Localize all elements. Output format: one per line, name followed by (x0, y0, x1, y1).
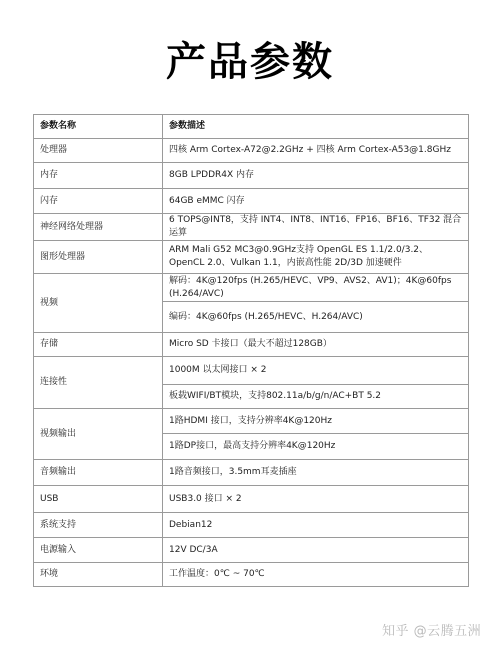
param-name-cell: 神经网络处理器 (34, 214, 163, 241)
watermark: 知乎 @云腾五洲 (382, 620, 481, 639)
table-row: USB USB3.0 接口 × 2 (34, 486, 469, 513)
table-row: 视频输出 1路HDMI 接口，支持分辨率4K@120Hz (34, 409, 469, 434)
param-value-cell: 解码：4K@120fps (H.265/HEVC、VP9、AVS2、AV1)；4… (163, 274, 469, 302)
param-name-cell: 视频输出 (34, 409, 163, 460)
param-value-cell: Micro SD 卡接口（最大不超过128GB） (163, 333, 469, 357)
param-value-cell: Debian12 (163, 513, 469, 538)
param-value-cell: 8GB LPDDR4X 内存 (163, 163, 469, 189)
param-name-cell: 音频输出 (34, 460, 163, 486)
param-value-cell: 1路HDMI 接口，支持分辨率4K@120Hz (163, 409, 469, 434)
param-name-cell: 电源输入 (34, 538, 163, 563)
table-row: 存储 Micro SD 卡接口（最大不超过128GB） (34, 333, 469, 357)
param-name-cell: 闪存 (34, 189, 163, 214)
table-row: 闪存 64GB eMMC 闪存 (34, 189, 469, 214)
table-row: 系统支持 Debian12 (34, 513, 469, 538)
column-header-param-name: 参数名称 (34, 115, 163, 139)
param-name-cell: 系统支持 (34, 513, 163, 538)
param-name-cell: 连接性 (34, 357, 163, 409)
param-name-cell: 存储 (34, 333, 163, 357)
param-value-cell: 1路音频接口，3.5mm耳麦插座 (163, 460, 469, 486)
param-value-cell: 板载WIFI/BT模块，支持802.11a/b/g/n/AC+BT 5.2 (163, 385, 469, 409)
param-value-cell: 12V DC/3A (163, 538, 469, 563)
table-row: 环境 工作温度：0℃ ~ 70℃ (34, 563, 469, 587)
table-header-row: 参数名称 参数描述 (34, 115, 469, 139)
param-value-cell: 1路DP接口，最高支持分辨率4K@120Hz (163, 434, 469, 460)
table-row: 图形处理器 ARM Mali G52 MC3@0.9GHz支持 OpenGL E… (34, 241, 469, 274)
column-header-param-desc: 参数描述 (163, 115, 469, 139)
param-name-cell: USB (34, 486, 163, 513)
param-name-cell: 处理器 (34, 139, 163, 163)
param-name-cell: 视频 (34, 274, 163, 333)
param-value-cell: USB3.0 接口 × 2 (163, 486, 469, 513)
param-value-cell: 1000M 以太网接口 × 2 (163, 357, 469, 385)
param-value-cell: 6 TOPS@INT8，支持 INT4、INT8、INT16、FP16、BF16… (163, 214, 469, 241)
table-row: 视频 解码：4K@120fps (H.265/HEVC、VP9、AVS2、AV1… (34, 274, 469, 302)
table-row: 音频输出 1路音频接口，3.5mm耳麦插座 (34, 460, 469, 486)
param-value-cell: 编码：4K@60fps (H.265/HEVC、H.264/AVC) (163, 302, 469, 333)
param-name-cell: 内存 (34, 163, 163, 189)
table-row: 处理器 四核 Arm Cortex-A72@2.2GHz + 四核 Arm Co… (34, 139, 469, 163)
param-name-cell: 环境 (34, 563, 163, 587)
table-row: 神经网络处理器 6 TOPS@INT8，支持 INT4、INT8、INT16、F… (34, 214, 469, 241)
product-spec-table: 参数名称 参数描述 处理器 四核 Arm Cortex-A72@2.2GHz +… (33, 114, 469, 587)
table-row: 连接性 1000M 以太网接口 × 2 (34, 357, 469, 385)
param-name-cell: 图形处理器 (34, 241, 163, 274)
table-row: 电源输入 12V DC/3A (34, 538, 469, 563)
page-title: 产品参数 (0, 38, 500, 86)
param-value-cell: 64GB eMMC 闪存 (163, 189, 469, 214)
param-value-cell: 工作温度：0℃ ~ 70℃ (163, 563, 469, 587)
table-row: 内存 8GB LPDDR4X 内存 (34, 163, 469, 189)
param-value-cell: ARM Mali G52 MC3@0.9GHz支持 OpenGL ES 1.1/… (163, 241, 469, 274)
param-value-cell: 四核 Arm Cortex-A72@2.2GHz + 四核 Arm Cortex… (163, 139, 469, 163)
